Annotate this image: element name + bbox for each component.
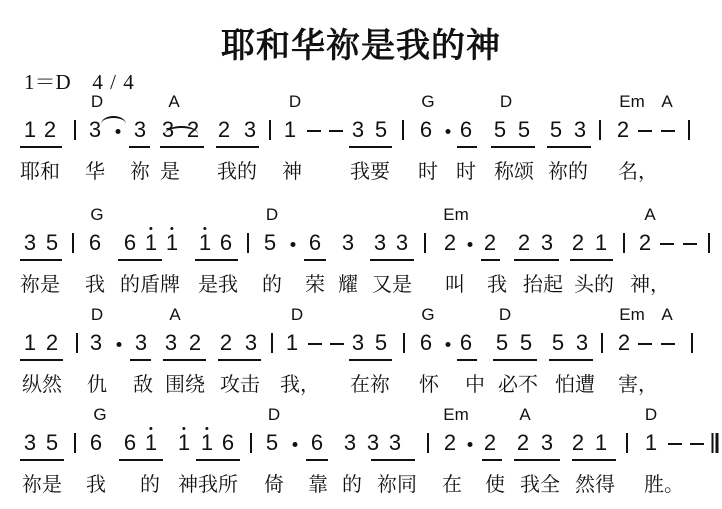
note: 1 [178, 431, 190, 455]
lyric-syllable: 耀 [338, 268, 358, 297]
chord-symbol: A [169, 305, 180, 325]
note-digit: 6 [311, 430, 323, 455]
eighth-underline [20, 459, 64, 461]
note-digit: 6 [124, 230, 136, 255]
score-line: GDEmAD35661116563332223211祢是我的神我所倚靠的祢同在使… [0, 405, 722, 505]
chord-symbol: Em [443, 205, 469, 225]
lyric-syllable: 我要 [350, 155, 390, 184]
note-digit: 5 [520, 330, 532, 355]
barline [72, 233, 74, 253]
note-digit: 1 [201, 430, 213, 455]
note: 1 [284, 118, 296, 142]
note-digit: 3 [541, 430, 553, 455]
eighth-underline [493, 359, 537, 361]
note: 2 [618, 331, 630, 355]
lyric-syllable: 时 [418, 155, 438, 184]
note-digit: 5 [552, 330, 564, 355]
note: 5 [518, 118, 530, 142]
note: 5 [496, 331, 508, 355]
chord-symbol: G [421, 92, 434, 112]
note-digit: 1 [178, 430, 190, 455]
eighth-underline [514, 259, 559, 261]
note-digit: 6 [460, 117, 472, 142]
lyric-syllable: 的 [140, 468, 160, 497]
note: 5 [520, 331, 532, 355]
lyric-syllable: 祢 [130, 155, 150, 184]
barline [247, 233, 249, 253]
octave-dot-icon [150, 227, 153, 230]
chord-symbol: G [421, 305, 434, 325]
note-digit: 3 [344, 430, 356, 455]
barline [601, 333, 603, 353]
lyric-syllable: 是 [160, 155, 180, 184]
note: 3 [576, 331, 588, 355]
note: 1 [595, 431, 607, 455]
note-digit: 5 [518, 117, 530, 142]
note-digit: 1 [286, 330, 298, 355]
note-digit: 5 [46, 230, 58, 255]
note-digit: 5 [266, 430, 278, 455]
lyric-syllable: 时 [456, 155, 476, 184]
chord-symbol: G [90, 205, 103, 225]
note-digit: 2 [639, 230, 651, 255]
note: 3 [541, 431, 553, 455]
barline [74, 433, 76, 453]
eighth-underline [457, 359, 477, 361]
note-digit: 3 [89, 117, 101, 142]
chord-symbol: D [266, 205, 278, 225]
note-digit: 1 [284, 117, 296, 142]
chord-symbol: A [661, 92, 672, 112]
note: 1 [24, 118, 36, 142]
final-barline [712, 433, 719, 453]
note-digit: 2 [518, 230, 530, 255]
barline [626, 433, 628, 453]
note: 5 [46, 231, 58, 255]
note-digit: 3 [245, 330, 257, 355]
note-digit: 5 [494, 117, 506, 142]
lyric-syllable: 的 [342, 468, 362, 497]
hold-dash-icon [661, 343, 675, 345]
eighth-underline [482, 459, 502, 461]
eighth-underline [572, 459, 616, 461]
eighth-underline [218, 359, 261, 361]
note-digit: 5 [375, 330, 387, 355]
lyric-syllable: 祢是 [20, 268, 60, 297]
note-digit: 3 [374, 230, 386, 255]
hold-dash-icon [660, 243, 674, 245]
note-digit: 6 [309, 230, 321, 255]
lyric-syllable: 我 [85, 268, 105, 297]
note-digit: 2 [572, 230, 584, 255]
lyric-syllable: 神我所 [178, 468, 238, 497]
note: 2 [572, 231, 584, 255]
lyric-syllable: 称颂 [494, 155, 534, 184]
octave-dot-icon [204, 227, 207, 230]
note-digit: 2 [444, 430, 456, 455]
barline [708, 233, 710, 253]
eighth-underline [547, 146, 591, 148]
note-digit: 3 [541, 230, 553, 255]
chord-symbol: D [291, 305, 303, 325]
dotted-note-icon [446, 129, 451, 134]
note: 3 [352, 331, 364, 355]
note-digit: 3 [24, 430, 36, 455]
note: 3 [342, 231, 354, 255]
note: 3 [374, 231, 386, 255]
lyric-syllable: 是我 [198, 268, 238, 297]
hold-dash-icon [307, 130, 321, 132]
lyric-syllable: 祢的 [548, 155, 588, 184]
score-line: GDEmA35661116563332223212祢是我的盾牌是我的荣耀又是叫我… [0, 205, 722, 305]
note-digit: 3 [389, 430, 401, 455]
note-digit: 1 [24, 117, 36, 142]
note: 6 [222, 431, 234, 455]
note: 2 [444, 231, 456, 255]
note-digit: 2 [44, 117, 56, 142]
note: 6 [311, 431, 323, 455]
barline [76, 333, 78, 353]
lyric-syllable: 头的 [574, 268, 614, 297]
note-digit: 1 [166, 230, 178, 255]
eighth-underline [195, 259, 238, 261]
note-digit: 6 [460, 330, 472, 355]
barline [427, 433, 429, 453]
note: 6 [460, 118, 472, 142]
note: 6 [90, 431, 102, 455]
note: 3 [24, 431, 36, 455]
chord-symbol: A [168, 92, 179, 112]
lyric-syllable: 仇 [87, 368, 107, 397]
octave-dot-icon [150, 427, 153, 430]
note: 6 [420, 118, 432, 142]
note: 3 [89, 118, 101, 142]
lyric-syllable: 华 [85, 155, 105, 184]
lyric-syllable: 神 [282, 155, 302, 184]
note: 3 [541, 231, 553, 255]
note: 3 [245, 331, 257, 355]
note: 5 [264, 231, 276, 255]
barline [691, 333, 693, 353]
note-digit: 6 [220, 230, 232, 255]
note: 6 [460, 331, 472, 355]
note: 6 [220, 231, 232, 255]
lyric-syllable: 靠 [308, 468, 328, 497]
note-digit: 2 [517, 430, 529, 455]
note: 3 [90, 331, 102, 355]
note-digit: 1 [199, 230, 211, 255]
note-digit: 3 [367, 430, 379, 455]
lyric-syllable: 倚 [264, 468, 284, 497]
dotted-note-icon [468, 242, 473, 247]
note-digit: 6 [124, 430, 136, 455]
barline [74, 120, 76, 140]
note-digit: 1 [595, 430, 607, 455]
note: 5 [266, 431, 278, 455]
note-digit: 1 [645, 430, 657, 455]
lyric-syllable: 在祢 [350, 368, 390, 397]
note-digit: 2 [617, 117, 629, 142]
note: 3 [574, 118, 586, 142]
lyric-syllable: 叫 [445, 268, 465, 297]
note: 3 [344, 431, 356, 455]
song-title: 耶和华祢是我的神 [0, 18, 722, 67]
chord-symbol: G [93, 405, 106, 425]
note-digit: 6 [420, 117, 432, 142]
eighth-underline [216, 146, 259, 148]
chord-symbol: D [91, 305, 103, 325]
note: 2 [518, 231, 530, 255]
dotted-note-icon [446, 342, 451, 347]
note: 3 [135, 331, 147, 355]
note: 2 [484, 431, 496, 455]
note: 2 [617, 118, 629, 142]
eighth-underline [163, 359, 206, 361]
note-digit: 3 [342, 230, 354, 255]
note: 1 [645, 431, 657, 455]
eighth-underline [306, 459, 328, 461]
lyric-syllable: 名， [618, 155, 658, 184]
chord-symbol: A [661, 305, 672, 325]
note-digit: 2 [618, 330, 630, 355]
note-digit: 6 [90, 430, 102, 455]
hold-dash-icon [329, 130, 343, 132]
eighth-underline [514, 459, 560, 461]
note-digit: 2 [189, 330, 201, 355]
eighth-underline [160, 146, 204, 148]
score-line: DADGDEmA123332231356655532耶和华祢是我的神我要时时称颂… [0, 92, 722, 192]
hold-dash-icon [638, 343, 652, 345]
note: 6 [124, 231, 136, 255]
eighth-underline [370, 259, 414, 261]
note: 3 [24, 231, 36, 255]
note-digit: 6 [222, 430, 234, 455]
lyric-syllable: 围绕 [165, 368, 205, 397]
note: 2 [444, 431, 456, 455]
hold-dash-icon [308, 343, 322, 345]
note-digit: 5 [46, 430, 58, 455]
lyric-syllable: 的 [262, 268, 282, 297]
slur-icon [165, 126, 198, 142]
note-digit: 3 [352, 117, 364, 142]
note: 1 [145, 231, 157, 255]
lyric-syllable: 我， [280, 368, 320, 397]
eighth-underline [481, 259, 500, 261]
note: 3 [244, 118, 256, 142]
note-digit: 3 [165, 330, 177, 355]
octave-dot-icon [183, 427, 186, 430]
note-digit: 3 [574, 117, 586, 142]
note-digit: 3 [396, 230, 408, 255]
chord-symbol: Em [619, 305, 645, 325]
note: 1 [24, 331, 36, 355]
lyric-syllable: 纵然 [22, 368, 62, 397]
eighth-underline [457, 146, 477, 148]
hold-dash-icon [668, 443, 682, 445]
note-digit: 1 [145, 430, 157, 455]
eighth-underline [349, 146, 392, 148]
note-digit: 5 [375, 117, 387, 142]
eighth-underline [349, 359, 392, 361]
note: 2 [218, 118, 230, 142]
note: 6 [309, 231, 321, 255]
note: 1 [286, 331, 298, 355]
note-digit: 1 [595, 230, 607, 255]
barline [250, 433, 252, 453]
octave-dot-icon [171, 227, 174, 230]
note: 1 [145, 431, 157, 455]
eighth-underline [129, 146, 150, 148]
lyric-syllable: 祢是 [22, 468, 62, 497]
hold-dash-icon [638, 130, 652, 132]
lyric-syllable: 中 [465, 368, 485, 397]
eighth-underline [20, 146, 62, 148]
note-digit: 3 [576, 330, 588, 355]
lyric-syllable: 在 [442, 468, 462, 497]
note: 2 [484, 231, 496, 255]
eighth-underline [196, 459, 240, 461]
dotted-note-icon [293, 442, 298, 447]
barline [599, 120, 601, 140]
chord-symbol: D [91, 92, 103, 112]
eighth-underline [304, 259, 326, 261]
lyric-syllable: 抬起 [523, 268, 563, 297]
octave-dot-icon [206, 427, 209, 430]
chord-symbol: A [519, 405, 530, 425]
note-digit: 6 [89, 230, 101, 255]
hold-dash-icon [690, 443, 704, 445]
eighth-underline [119, 459, 163, 461]
note-digit: 5 [496, 330, 508, 355]
dotted-note-icon [291, 242, 296, 247]
note: 3 [165, 331, 177, 355]
note: 6 [89, 231, 101, 255]
note-digit: 1 [24, 330, 36, 355]
note: 5 [550, 118, 562, 142]
note: 3 [389, 431, 401, 455]
note-digit: 3 [24, 230, 36, 255]
note-digit: 5 [264, 230, 276, 255]
lyric-syllable: 我全 [520, 468, 560, 497]
note-digit: 3 [352, 330, 364, 355]
note: 5 [46, 431, 58, 455]
hold-dash-icon [683, 243, 697, 245]
note-digit: 2 [572, 430, 584, 455]
lyric-syllable: 攻击 [220, 368, 260, 397]
note-digit: 2 [484, 430, 496, 455]
lyric-syllable: 祢同 [377, 468, 417, 497]
lyric-syllable: 害， [618, 368, 658, 397]
note-digit: 3 [135, 330, 147, 355]
lyric-syllable: 必不 [498, 368, 538, 397]
chord-symbol: Em [443, 405, 469, 425]
note: 1 [166, 231, 178, 255]
note-digit: 2 [484, 230, 496, 255]
chord-symbol: D [268, 405, 280, 425]
score-line: DADGDEmA123332231356655532纵然仇敌围绕攻击我，在祢怀中… [0, 305, 722, 405]
note-digit: 6 [420, 330, 432, 355]
lyric-syllable: 的盾牌 [120, 268, 180, 297]
note-digit: 5 [550, 117, 562, 142]
lyric-syllable: 然得 [575, 468, 615, 497]
note-digit: 2 [218, 117, 230, 142]
hold-dash-icon [661, 130, 675, 132]
note-digit: 3 [90, 330, 102, 355]
note: 3 [367, 431, 379, 455]
note: 6 [420, 331, 432, 355]
note: 2 [572, 431, 584, 455]
barline [403, 333, 405, 353]
lyric-syllable: 怀 [419, 368, 439, 397]
note: 2 [517, 431, 529, 455]
lyric-syllable: 荣 [305, 268, 325, 297]
lyric-syllable: 怕遭 [555, 368, 595, 397]
note-digit: 2 [220, 330, 232, 355]
note: 2 [220, 331, 232, 355]
lyric-syllable: 又是 [372, 268, 412, 297]
chord-symbol: D [645, 405, 657, 425]
note: 1 [595, 231, 607, 255]
note-digit: 1 [145, 230, 157, 255]
lyric-syllable: 胜。 [644, 468, 684, 497]
eighth-underline [20, 259, 62, 261]
note: 2 [189, 331, 201, 355]
note-digit: 3 [134, 117, 146, 142]
chord-symbol: Em [619, 92, 645, 112]
dotted-note-icon [468, 442, 473, 447]
hold-dash-icon [330, 343, 344, 345]
chord-symbol: D [289, 92, 301, 112]
barline [688, 120, 690, 140]
lyric-syllable: 耶和 [20, 155, 60, 184]
eighth-underline [549, 359, 593, 361]
eighth-underline [491, 146, 535, 148]
lyric-syllable: 神， [630, 268, 670, 297]
note: 6 [124, 431, 136, 455]
lyric-syllable: 我 [487, 268, 507, 297]
note: 2 [639, 231, 651, 255]
note-digit: 2 [444, 230, 456, 255]
dotted-note-icon [117, 342, 122, 347]
chord-symbol: A [644, 205, 655, 225]
eighth-underline [20, 359, 63, 361]
barline [424, 233, 426, 253]
note: 3 [134, 118, 146, 142]
note: 3 [396, 231, 408, 255]
note: 5 [375, 331, 387, 355]
note: 1 [199, 231, 211, 255]
note: 1 [201, 431, 213, 455]
lyric-syllable: 使 [485, 468, 505, 497]
chord-symbol: D [500, 92, 512, 112]
note-digit: 2 [46, 330, 58, 355]
eighth-underline [130, 359, 151, 361]
eighth-underline [371, 459, 415, 461]
slur-icon [101, 116, 126, 132]
barline [271, 333, 273, 353]
note: 2 [44, 118, 56, 142]
note: 3 [352, 118, 364, 142]
note: 5 [375, 118, 387, 142]
note: 5 [552, 331, 564, 355]
barline [402, 120, 404, 140]
eighth-underline [118, 259, 162, 261]
lyric-syllable: 我 [86, 468, 106, 497]
note: 5 [494, 118, 506, 142]
note: 2 [46, 331, 58, 355]
barline [623, 233, 625, 253]
note-digit: 3 [244, 117, 256, 142]
